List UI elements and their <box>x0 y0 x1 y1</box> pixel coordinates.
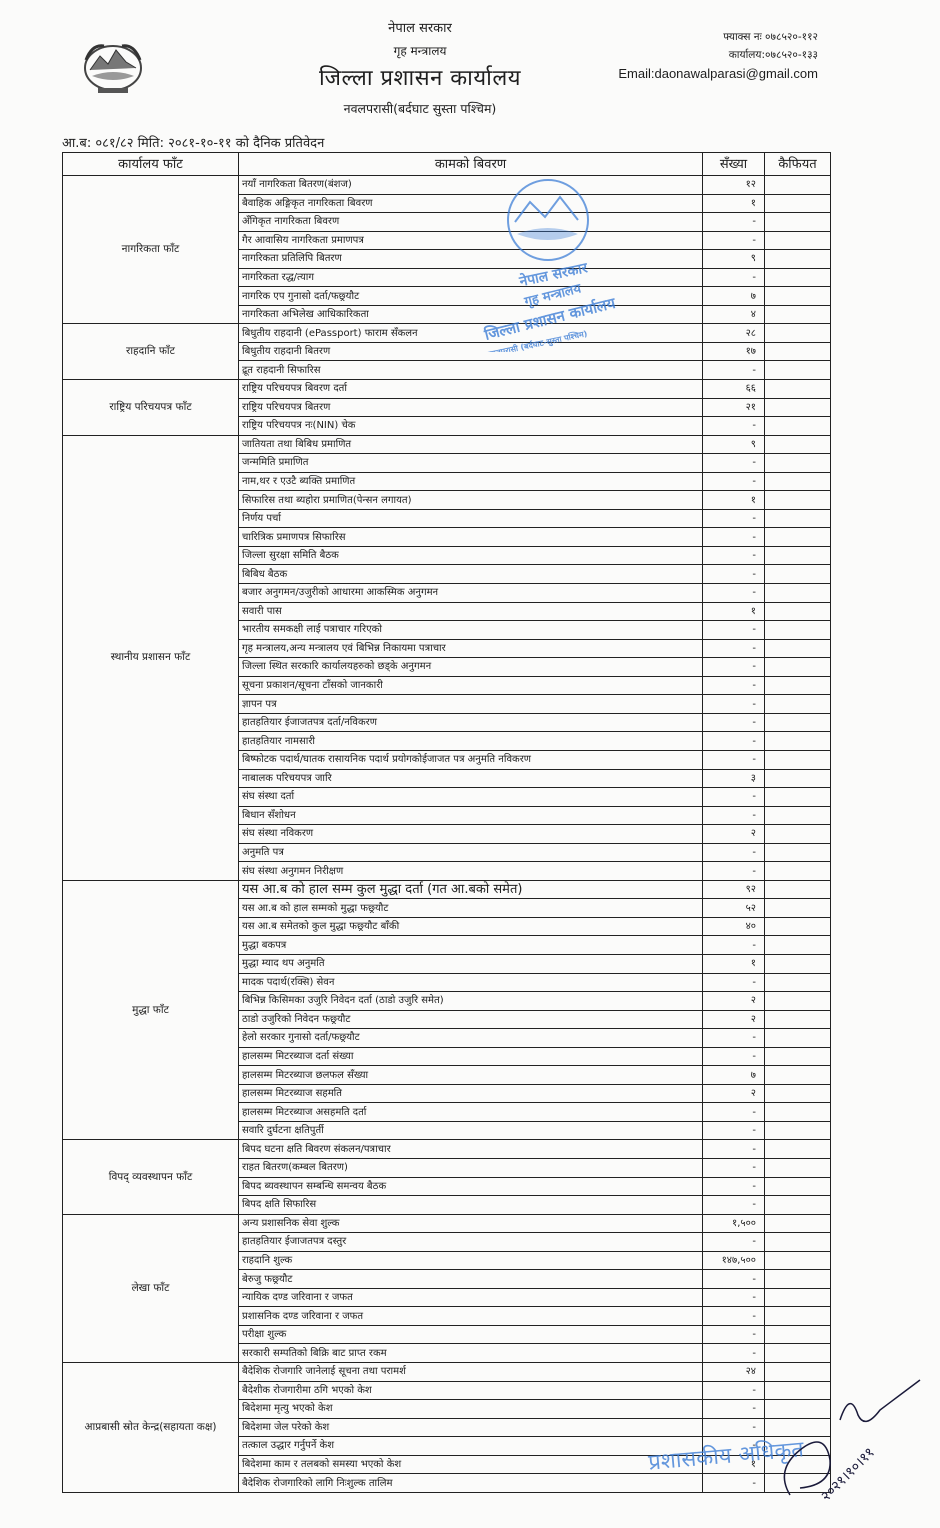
task-count: २ <box>703 1084 765 1103</box>
task-count: - <box>703 509 765 528</box>
task-count: - <box>703 750 765 769</box>
task-count: - <box>703 454 765 473</box>
section-name: नागरिकता फाँट <box>63 176 239 324</box>
task-description: मुद्धा बकपत्र <box>239 936 703 955</box>
task-description: बिपद घटना क्षति बिवरण संकलन/पत्राचार <box>239 1140 703 1159</box>
task-description: राष्ट्रिय परिचयपत्र बितरण <box>239 398 703 417</box>
task-count: - <box>703 584 765 603</box>
task-count: - <box>703 973 765 992</box>
task-remarks <box>765 305 831 324</box>
task-description: नागरिकता रद्ध/त्याग <box>239 268 703 287</box>
district-name: नवलपरासी(बर्दघाट सुस्ता पश्चिम) <box>300 100 540 117</box>
task-description: जन्ममिति प्रमाणित <box>239 454 703 473</box>
daily-report-table: कार्यालय फाँट कामको बिवरण सँख्या कैफियत … <box>62 152 831 1493</box>
task-remarks <box>765 528 831 547</box>
task-count: - <box>703 528 765 547</box>
task-remarks <box>765 1325 831 1344</box>
task-count: १ <box>703 194 765 213</box>
ministry-name: गृह मन्त्रालय <box>300 42 540 59</box>
task-remarks <box>765 695 831 714</box>
task-description: मुद्धा म्याद थप अनुमति <box>239 954 703 973</box>
task-description: बिधुतीय राहदानी बितरण <box>239 342 703 361</box>
task-count: - <box>703 843 765 862</box>
section-name: स्थानीय प्रशासन फाँट <box>63 435 239 880</box>
task-description: बिपद क्षति सिफारिस <box>239 1196 703 1215</box>
task-description: यस आ.ब को हाल सम्म कुल मुद्धा दर्ता (गत … <box>239 880 703 899</box>
task-count: ६६ <box>703 380 765 399</box>
task-count: - <box>703 1325 765 1344</box>
task-remarks <box>765 843 831 862</box>
header-count: सँख्या <box>703 153 765 176</box>
table-row: नागरिकता फाँटनयाँ नागरिकता बितरण(बंशज)१२ <box>63 176 831 195</box>
task-description: सूचना प्रकाशन/सूचना टाँसको जानकारी <box>239 676 703 695</box>
task-description: बैदेशिक रोजगारि जानेलाई सूचना तथा परामर्… <box>239 1363 703 1382</box>
task-remarks <box>765 287 831 306</box>
task-description: नाम,थर र एउटै ब्यक्ति प्रमाणित <box>239 472 703 491</box>
table-header-row: कार्यालय फाँट कामको बिवरण सँख्या कैफियत <box>63 153 831 176</box>
nepal-emblem-icon <box>78 38 148 96</box>
task-count: १७ <box>703 342 765 361</box>
task-description: हालसम्म मिटरब्याज छलफल सँख्या <box>239 1066 703 1085</box>
task-description: बिभिन्न किसिमका उजुरि निवेदन दर्ता (ठाडो… <box>239 992 703 1011</box>
task-description: न्यायिक दण्ड जरिवाना र जफत <box>239 1288 703 1307</box>
task-count: ५२ <box>703 899 765 918</box>
task-remarks <box>765 917 831 936</box>
task-remarks <box>765 1381 831 1400</box>
task-description: बैवाहिक अङ्गिकृत नागरिकता बिवरण <box>239 194 703 213</box>
task-description: हातहतियार ईजाजतपत्र दर्ता/नविकरण <box>239 713 703 732</box>
task-count: १ <box>703 602 765 621</box>
task-count: - <box>703 658 765 677</box>
task-remarks <box>765 825 831 844</box>
task-count: - <box>703 1158 765 1177</box>
task-description: चारित्रिक प्रमाणपत्र सिफारिस <box>239 528 703 547</box>
task-description: बैदेशीक रोजगारीमा ठगि भएको केश <box>239 1381 703 1400</box>
task-remarks <box>765 454 831 473</box>
task-remarks <box>765 621 831 640</box>
task-description: बिपद ब्यवस्थापन सम्बन्धि समन्वय बैठक <box>239 1177 703 1196</box>
task-description: अन्य प्रशासनिक सेवा शुल्क <box>239 1214 703 1233</box>
task-remarks <box>765 1455 831 1474</box>
task-remarks <box>765 472 831 491</box>
task-remarks <box>765 1103 831 1122</box>
task-remarks <box>765 1121 831 1140</box>
task-remarks <box>765 417 831 436</box>
task-description: हालसम्म मिटरब्याज सहमति <box>239 1084 703 1103</box>
task-description: बैदेशिक रोजगारिको लागि निःशुल्क तालिम <box>239 1474 703 1493</box>
task-description: हालसम्म मिटरब्याज दर्ता संख्या <box>239 1047 703 1066</box>
task-description: द्रूत राहदानी सिफारिस <box>239 361 703 380</box>
task-count: - <box>703 639 765 658</box>
task-count: - <box>703 213 765 232</box>
task-remarks <box>765 1140 831 1159</box>
task-description: सरकारी सम्पतिको बिक्रि बाट प्राप्त रकम <box>239 1344 703 1363</box>
task-description: नाबालक परिचयपत्र जारि <box>239 769 703 788</box>
task-count: ७ <box>703 287 765 306</box>
table-row: लेखा फाँटअन्य प्रशासनिक सेवा शुल्क१,५०० <box>63 1214 831 1233</box>
task-count: - <box>703 862 765 881</box>
task-description: यस आ.ब को हाल सम्मको मुद्धा फछ्र्यौट <box>239 899 703 918</box>
task-description: सवारि दुर्घटना क्षतिपुर्ती <box>239 1121 703 1140</box>
header-section: कार्यालय फाँट <box>63 153 239 176</box>
task-description: राहत बितरण(कम्बल बितरण) <box>239 1158 703 1177</box>
task-count: २८ <box>703 324 765 343</box>
task-description: प्रशासनिक दण्ड जरिवाना र जफत <box>239 1307 703 1326</box>
task-remarks <box>765 491 831 510</box>
task-description: बिदेशमा काम र तलबको समस्या भएको केश <box>239 1455 703 1474</box>
header-remarks: कैफियत <box>765 153 831 176</box>
table-row: राष्ट्रिय परिचयपत्र फाँटराष्ट्रिय परिचयप… <box>63 380 831 399</box>
task-remarks <box>765 584 831 603</box>
task-count: १ <box>703 1455 765 1474</box>
task-remarks <box>765 973 831 992</box>
task-count: १ <box>703 491 765 510</box>
task-description: संघ संस्था नविकरण <box>239 825 703 844</box>
task-remarks <box>765 546 831 565</box>
email-address: Email:daonawalparasi@gmail.com <box>618 66 818 81</box>
section-name: लेखा फाँट <box>63 1214 239 1362</box>
task-count: - <box>703 1288 765 1307</box>
task-description: गैर आवासिय नागरिकता प्रमाणपत्र <box>239 231 703 250</box>
task-remarks <box>765 639 831 658</box>
task-count: - <box>703 1196 765 1215</box>
task-description: निर्णय पर्चा <box>239 509 703 528</box>
fax-number: फ्याक्स नः ०७८५२०-११२ <box>723 30 818 44</box>
task-count: - <box>703 695 765 714</box>
task-count: - <box>703 1103 765 1122</box>
task-count: २४ <box>703 1363 765 1382</box>
task-remarks <box>765 1418 831 1437</box>
task-description: ठाडो उजुरिको निवेदन फछ्र्यौट <box>239 1010 703 1029</box>
task-remarks <box>765 750 831 769</box>
task-remarks <box>765 1437 831 1456</box>
task-remarks <box>765 1196 831 1215</box>
task-description: बिष्फोटक पदार्थ/घातक रासायनिक पदार्थ प्र… <box>239 750 703 769</box>
task-remarks <box>765 324 831 343</box>
section-name: राहदानि फाँट <box>63 324 239 380</box>
task-count: - <box>703 1233 765 1252</box>
task-description: जिल्ला स्थित सरकारि कार्यालयहरुको छड्के … <box>239 658 703 677</box>
task-remarks <box>765 658 831 677</box>
task-remarks <box>765 380 831 399</box>
task-remarks <box>765 1047 831 1066</box>
task-count: - <box>703 417 765 436</box>
table-row: विपद् व्यवस्थापन फाँटबिपद घटना क्षति बिव… <box>63 1140 831 1159</box>
task-description: नागरिकता अभिलेख आधिकारिकता <box>239 305 703 324</box>
task-description: सिफारिस तथा ब्यहोरा प्रमाणित(पेन्सन लगाय… <box>239 491 703 510</box>
task-count: ९ <box>703 250 765 269</box>
task-remarks <box>765 1214 831 1233</box>
task-remarks <box>765 862 831 881</box>
task-remarks <box>765 342 831 361</box>
table-body: नागरिकता फाँटनयाँ नागरिकता बितरण(बंशज)१२… <box>63 176 831 1493</box>
header-description: कामको बिवरण <box>239 153 703 176</box>
task-remarks <box>765 398 831 417</box>
task-remarks <box>765 602 831 621</box>
task-count: - <box>703 713 765 732</box>
task-remarks <box>765 1307 831 1326</box>
task-count: - <box>703 565 765 584</box>
task-description: जिल्ला सुरक्षा समिति बैठक <box>239 546 703 565</box>
task-description: राष्ट्रिय परिचयपत्र नः(NIN) चेक <box>239 417 703 436</box>
task-description: बिबिध बैठक <box>239 565 703 584</box>
task-count: २१ <box>703 398 765 417</box>
task-description: ज्ञापन पत्र <box>239 695 703 714</box>
task-count: ९ <box>703 435 765 454</box>
task-count: - <box>703 1140 765 1159</box>
task-count: - <box>703 1344 765 1363</box>
task-count: - <box>703 1029 765 1048</box>
task-count: - <box>703 1047 765 1066</box>
gov-name: नेपाल सरकार <box>300 18 540 36</box>
task-description: यस आ.ब समेतको कुल मुद्धा फछ्र्यौट बाँकी <box>239 917 703 936</box>
task-remarks <box>765 1363 831 1382</box>
task-count: - <box>703 732 765 751</box>
task-remarks <box>765 1177 831 1196</box>
task-count: - <box>703 676 765 695</box>
task-remarks <box>765 788 831 807</box>
task-remarks <box>765 565 831 584</box>
task-remarks <box>765 361 831 380</box>
task-remarks <box>765 899 831 918</box>
task-count: २ <box>703 825 765 844</box>
task-count: - <box>703 268 765 287</box>
table-row: राहदानि फाँटबिधुतीय राहदानी (ePassport) … <box>63 324 831 343</box>
task-remarks <box>765 194 831 213</box>
task-remarks <box>765 435 831 454</box>
task-count: - <box>703 1381 765 1400</box>
task-description: हातहतियार नामसारी <box>239 732 703 751</box>
task-description: संघ संस्था दर्ता <box>239 788 703 807</box>
task-remarks <box>765 676 831 695</box>
section-name: राष्ट्रिय परिचयपत्र फाँट <box>63 380 239 436</box>
section-name: विपद् व्यवस्थापन फाँट <box>63 1140 239 1214</box>
task-remarks <box>765 769 831 788</box>
task-remarks <box>765 732 831 751</box>
task-description: नागरिक एप गुनासो दर्ता/फछ्र्यौट <box>239 287 703 306</box>
section-name: आप्रबासी स्रोत केन्द्र(सहायता कक्ष) <box>63 1363 239 1493</box>
task-description: मादक पदार्थ(रक्सि) सेवन <box>239 973 703 992</box>
task-count: - <box>703 361 765 380</box>
task-remarks <box>765 1270 831 1289</box>
task-remarks <box>765 1010 831 1029</box>
task-description: अँगिकृत नागरिकता बिवरण <box>239 213 703 232</box>
task-description: संघ संस्था अनुगमन निरीक्षण <box>239 862 703 881</box>
task-count: - <box>703 472 765 491</box>
task-remarks <box>765 231 831 250</box>
task-count: - <box>703 621 765 640</box>
task-description: परीक्षा शुल्क <box>239 1325 703 1344</box>
section-name: मुद्धा फाँट <box>63 880 239 1140</box>
task-count: - <box>703 1437 765 1456</box>
task-count: - <box>703 1270 765 1289</box>
task-count: १४७,५०० <box>703 1251 765 1270</box>
task-description: हेलो सरकार गुनासो दर्ता/फछ्र्यौट <box>239 1029 703 1048</box>
task-description: सवारी पास <box>239 602 703 621</box>
task-description: हालसम्म मिटरब्याज असहमति दर्ता <box>239 1103 703 1122</box>
task-count: - <box>703 936 765 955</box>
task-count: - <box>703 1177 765 1196</box>
task-count: - <box>703 546 765 565</box>
office-title: जिल्ला प्रशासन कार्यालय <box>280 62 560 92</box>
task-remarks <box>765 954 831 973</box>
task-remarks <box>765 880 831 899</box>
task-remarks <box>765 936 831 955</box>
task-description: बजार अनुगमन/उजुरीको आधारमा आकस्मिक अनुगम… <box>239 584 703 603</box>
table-row: स्थानीय प्रशासन फाँटजातियता तथा बिबिध प्… <box>63 435 831 454</box>
task-description: तत्काल उद्धार गर्नुपर्ने केश <box>239 1437 703 1456</box>
task-count: - <box>703 1474 765 1493</box>
task-remarks <box>765 806 831 825</box>
task-remarks <box>765 509 831 528</box>
task-count: ४० <box>703 917 765 936</box>
task-remarks <box>765 250 831 269</box>
task-remarks <box>765 176 831 195</box>
task-remarks <box>765 713 831 732</box>
task-count: - <box>703 1418 765 1437</box>
task-remarks <box>765 1474 831 1493</box>
task-remarks <box>765 1251 831 1270</box>
task-description: बेरुजु फछ्र्यौट <box>239 1270 703 1289</box>
task-description: राहदानि शुल्क <box>239 1251 703 1270</box>
task-count: १,५०० <box>703 1214 765 1233</box>
task-remarks <box>765 1158 831 1177</box>
task-description: गृह मन्त्रालय,अन्य मन्त्रालय एवं बिभिन्न… <box>239 639 703 658</box>
task-description: हातहतियार ईजाजतपत्र दस्तुर <box>239 1233 703 1252</box>
task-count: - <box>703 231 765 250</box>
task-count: - <box>703 1307 765 1326</box>
task-description: अनुमति पत्र <box>239 843 703 862</box>
task-remarks <box>765 213 831 232</box>
task-description: बिदेशमा मृत्यु भएको केश <box>239 1400 703 1419</box>
task-description: भारतीय समकक्षी लाई पत्राचार गरिएको <box>239 621 703 640</box>
task-description: राष्ट्रिय परिचयपत्र बिवरण दर्ता <box>239 380 703 399</box>
task-remarks <box>765 1288 831 1307</box>
task-count: - <box>703 1400 765 1419</box>
office-phone: कार्यालय:०७८५२०-१३३ <box>729 48 818 62</box>
table-row: आप्रबासी स्रोत केन्द्र(सहायता कक्ष)बैदेश… <box>63 1363 831 1382</box>
task-description: नयाँ नागरिकता बितरण(बंशज) <box>239 176 703 195</box>
task-count: - <box>703 788 765 807</box>
task-count: २ <box>703 1010 765 1029</box>
task-remarks <box>765 1400 831 1419</box>
task-description: जातियता तथा बिबिध प्रमाणित <box>239 435 703 454</box>
task-count: २ <box>703 992 765 1011</box>
task-count: १२ <box>703 176 765 195</box>
task-remarks <box>765 1084 831 1103</box>
task-description: बिधुतीय राहदानी (ePassport) फाराम सँकलन <box>239 324 703 343</box>
task-remarks <box>765 1066 831 1085</box>
task-description: बिधान सँशोधन <box>239 806 703 825</box>
task-count: ९२ <box>703 880 765 899</box>
table-row: मुद्धा फाँटयस आ.ब को हाल सम्म कुल मुद्धा… <box>63 880 831 899</box>
task-description: बिदेशमा जेल परेको केश <box>239 1418 703 1437</box>
task-count: - <box>703 806 765 825</box>
task-remarks <box>765 1344 831 1363</box>
task-remarks <box>765 1233 831 1252</box>
task-description: नागरिकता प्रतिलिपि बितरण <box>239 250 703 269</box>
task-remarks <box>765 992 831 1011</box>
task-remarks <box>765 268 831 287</box>
task-count: १ <box>703 954 765 973</box>
task-count: ४ <box>703 305 765 324</box>
task-remarks <box>765 1029 831 1048</box>
task-count: ७ <box>703 1066 765 1085</box>
report-title: आ.ब: ०८१/८२ मिति: २०८१-१०-११ को दैनिक प्… <box>62 133 324 151</box>
task-count: - <box>703 1121 765 1140</box>
task-count: ३ <box>703 769 765 788</box>
